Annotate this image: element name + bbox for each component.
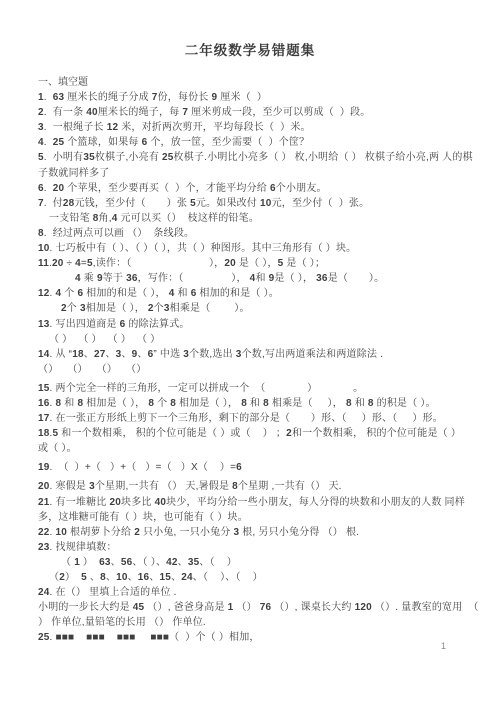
problem-line: 16. 8 和 8 相加是（ ）， 8 个 8 相加是（ ）， 8 和 8 相乘… bbox=[38, 396, 464, 411]
problem-line: 4. 25 个篮球，如果每 6 个，放一筐，至少需要（ ）个筐？ bbox=[38, 135, 464, 150]
problem-line: 2个 3相加是（ ）， 2个3相乘是（ ）。 bbox=[38, 301, 464, 316]
problem-line: 6. 20 个苹果，至少要再买（ ）个，才能平均分给 6个小朋友。 bbox=[38, 181, 464, 196]
problem-line: （ 1 ） 63、56、（ ）、42、35、（ ） bbox=[38, 555, 464, 570]
problem-line: 7. 付28元钱，至少付（ ）张 5元。如果改付 10元，至少付（ ）张。 bbox=[38, 196, 464, 211]
problem-line: 10. 七巧板中有（ ）、（ ）（ ），共（ ）种图形。其中三角形有（ ）块。 bbox=[38, 241, 464, 256]
problem-line: 1. 63 厘米长的绳子分成 7份，每份长 9 厘米（ ） bbox=[38, 90, 464, 105]
problem-line: 8. 经过两点可以画 （） 条线段。 bbox=[38, 226, 464, 241]
worksheet-page: 二年级数学易错题集 一、填空题 1. 63 厘米长的绳子分成 7份，每份长 9 … bbox=[0, 0, 500, 708]
problem-line: 14. 从 “18、27、3、9、6” 中选 3个数,选出 3个数,写出两道乘法… bbox=[38, 347, 464, 362]
problem-line: 11.20 ÷ 4=5,读作：（ ），20 是（ ），5 是（ ）； bbox=[38, 256, 464, 271]
problem-line: 4 乘 9等于 36，写作：（ ）， 4和 9是（ ）， 36是（ ）。 bbox=[38, 271, 464, 286]
problem-line: 多，这堆糖可能有（ ）块，也可能有（ ）块。 bbox=[38, 510, 464, 525]
problem-line: 5. 小明有35枚棋子,小亮有 25枚棋子.小明比小亮多（ ） 枚,小明给（ ）… bbox=[38, 150, 464, 165]
problem-line: 20. 寒假是 3个星期,一共有 （） 天,暑假是 8个星期 ,一共有（） 天. bbox=[38, 479, 464, 494]
problem-line: 一支铅笔 8角,4 元可以买（） 枝这样的铅笔。 bbox=[38, 211, 464, 226]
problem-line: 18.5 和一个数相乘， 积的个位可能是（ ）或（ ） ；2和一个数相乘， 积的… bbox=[38, 426, 464, 441]
problem-line: 23. 找规律填数： bbox=[38, 540, 464, 555]
problem-line: （） （） （） （） bbox=[38, 362, 464, 377]
problem-line: （2） 5 、8、10、16、15、24、（ ）、（ ） bbox=[38, 570, 464, 585]
page-title: 二年级数学易错题集 bbox=[0, 0, 500, 59]
problem-line: 25. ■■■ ■■■ ■■■ ■■■（ ）个（ ）相加， bbox=[38, 630, 464, 645]
problem-line: （ ） （ ） （ ） （ ） bbox=[38, 332, 464, 347]
problem-line: 13. 写出四道商是 6 的除法算式。 bbox=[38, 317, 464, 332]
problem-line: 或（ ）。 bbox=[38, 441, 464, 456]
problem-line: 子数就同样多了 bbox=[38, 166, 464, 181]
problem-line: 2. 有一条 40厘米长的绳子，每 7 厘米剪成一段，至少可以剪成（ ）段。 bbox=[38, 105, 464, 120]
problem-line: 3. 一根绳子长 12 米，对折两次剪开，平均每段长（ ）米。 bbox=[38, 120, 464, 135]
problem-line: 小明的一步长大约是 45 （）, 爸爸身高是 1 （） 76 （）, 课桌长大约… bbox=[38, 600, 464, 615]
problem-line: 17. 在一张正方形纸上剪下一个三角形，剩下的部分是（ ）形、（ ）形、（ ）形… bbox=[38, 411, 464, 426]
problem-line: 12. 4 个 6 相加的和是（ ）， 4 和 6 相加的和是（ ）。 bbox=[38, 286, 464, 301]
section-heading: 一、填空题 bbox=[38, 75, 464, 90]
problem-list: 1. 63 厘米长的绳子分成 7份，每份长 9 厘米（ ）2. 有一条 40厘米… bbox=[38, 90, 464, 645]
problem-line: ） 作单位,量铅笔的长用 （） 作单位. bbox=[38, 615, 464, 630]
page-number: 1 bbox=[441, 641, 446, 651]
problem-line: 22. 10 根胡萝卜分给 2 只小兔, 一只小兔分 3 根, 另只小兔分得 （… bbox=[38, 525, 464, 540]
problem-line: 19. （ ）+（ ）+（ ）=（ ）X（ ）=6 bbox=[38, 460, 464, 475]
problem-line: 15. 两个完全一样的三角形，一定可以拼成一个 （ ） 。 bbox=[38, 381, 464, 396]
problem-line: 24. 在（） 里填上合适的单位 . bbox=[38, 585, 464, 600]
problem-line: 21. 有一堆糖比 20块多比 40块少，平均分给一些小朋友，每人分得的块数和小… bbox=[38, 495, 464, 510]
worksheet-content: 一、填空题 1. 63 厘米长的绳子分成 7份，每份长 9 厘米（ ）2. 有一… bbox=[0, 59, 500, 645]
